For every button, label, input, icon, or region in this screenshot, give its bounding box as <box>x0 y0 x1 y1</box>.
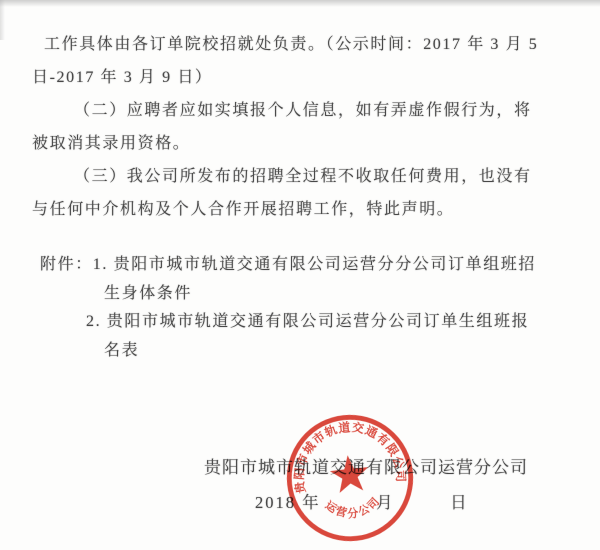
seal-star-icon <box>328 453 370 493</box>
body-line-3: （二）应聘者应如实填报个人信息，如有弄虚作假行为，将 <box>74 97 532 120</box>
body-line-5: （三）我公司所发布的招聘全过程不收取任何费用，也没有 <box>74 163 532 186</box>
attachment-line-1: 附件：1. 贵阳市城市轨道交通有限公司运营分分公司订单组班招 <box>40 251 536 274</box>
seal-bottom-text: 运营分公司 <box>322 492 385 522</box>
body-line-1: 工作具体由各订单院校招就处负责。（公示时间：2017 年 3 月 5 <box>44 31 538 54</box>
scan-edge-artifact-left <box>0 0 5 40</box>
body-line-2: 日-2017 年 3 月 9 日） <box>32 64 213 87</box>
attachment-line-3: 2. 贵阳市城市轨道交通有限公司运营分公司订单生组班报 <box>86 308 529 331</box>
scanned-document-page: 工作具体由各订单院校招就处负责。（公示时间：2017 年 3 月 5 日-201… <box>0 0 600 550</box>
company-seal-graphic: 贵阳市城市轨道交通有限公司 运营分公司 <box>277 405 422 550</box>
company-seal: 贵阳市城市轨道交通有限公司 运营分公司 <box>277 405 422 550</box>
svg-text:运营分公司: 运营分公司 <box>322 492 385 522</box>
scan-edge-artifact <box>0 0 600 7</box>
attachment-line-2: 生身体条件 <box>104 280 192 303</box>
attachment-line-4: 名表 <box>104 337 139 360</box>
body-line-6: 与任何中介机构及个人合作开展招聘工作，特此声明。 <box>32 196 454 219</box>
body-line-4: 被取消其录用资格。 <box>32 130 190 153</box>
